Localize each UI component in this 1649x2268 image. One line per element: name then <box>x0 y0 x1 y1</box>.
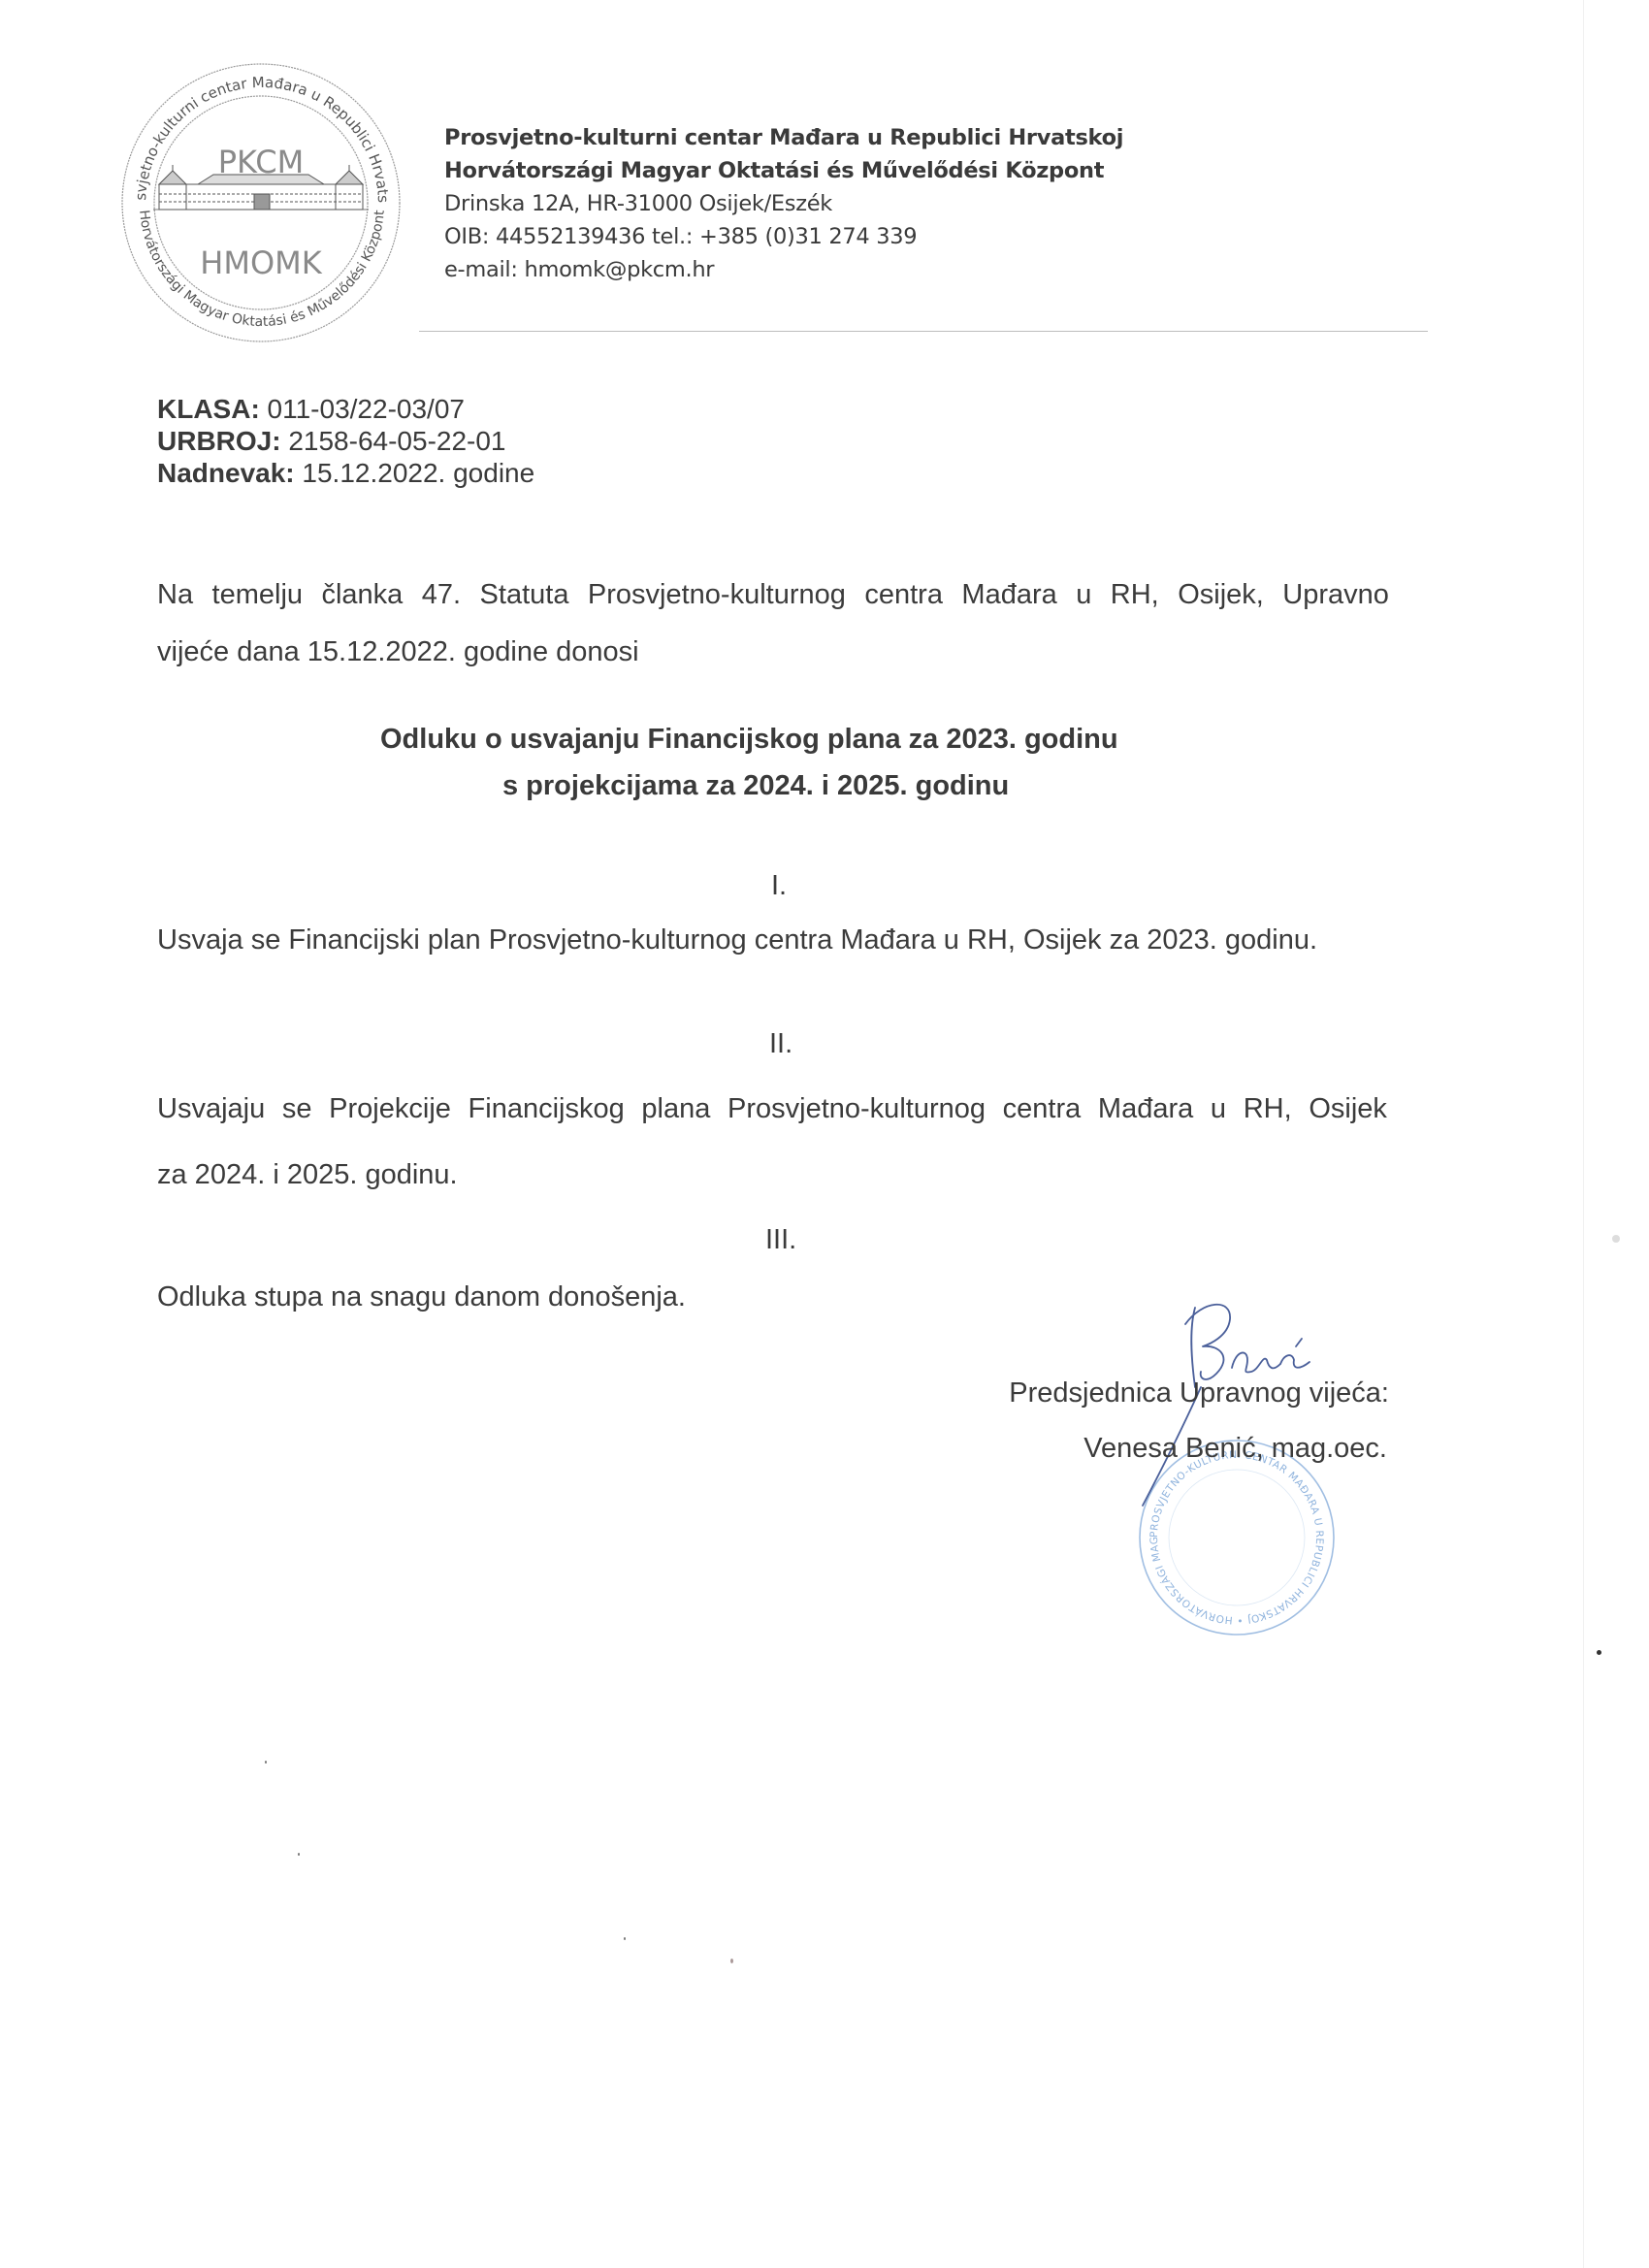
word: Financijskog <box>469 1076 625 1142</box>
section-2-line-2: za 2024. i 2025. godinu. <box>157 1142 1387 1208</box>
word: plana <box>641 1076 710 1142</box>
word: Projekcije <box>329 1076 451 1142</box>
letterhead-divider <box>419 331 1428 332</box>
word: centra <box>864 567 943 624</box>
word: Mađara <box>1098 1076 1193 1142</box>
title-line-2: s projekcijama za 2024. i 2025. godinu <box>502 762 1009 809</box>
scan-edge <box>1583 0 1584 2268</box>
document-page: Prosvjetno-kulturni centar Mađara u Repu… <box>0 0 1649 2268</box>
section-2-text: UsvajajuseProjekcijeFinancijskogplanaPro… <box>157 1076 1387 1208</box>
org-address: Drinska 12A, HR-31000 Osijek/Eszék <box>444 187 1123 220</box>
organization-logo: Prosvjetno-kulturni centar Mađara u Repu… <box>116 58 407 349</box>
ref-label: Nadnevak: <box>157 458 295 488</box>
word: 47. <box>422 567 461 624</box>
org-name-croatian: Prosvjetno-kulturni centar Mađara u Repu… <box>444 121 1123 154</box>
preamble-line-1: Natemeljučlanka47.StatutaProsvjetno-kult… <box>157 567 1389 624</box>
scan-speck <box>730 1959 733 1963</box>
word: Osijek <box>1309 1076 1387 1142</box>
letterhead: Prosvjetno-kulturni centar Mađara u Repu… <box>444 121 1123 286</box>
ref-value: 15.12.2022. godine <box>302 458 534 488</box>
section-1-text: Usvaja se Financijski plan Prosvjetno-ku… <box>157 924 1317 956</box>
logo-bottom-acronym: HMOMK <box>200 244 322 281</box>
word: Prosvjetno-kulturnog <box>588 567 846 624</box>
word: Osijek, <box>1178 567 1264 624</box>
section-number-2: II. <box>769 1028 792 1060</box>
preamble-paragraph: Natemeljučlanka47.StatutaProsvjetno-kult… <box>157 567 1389 681</box>
scan-speck <box>624 1937 626 1940</box>
title-line-1: Odluku o usvajanju Financijskog plana za… <box>380 716 1118 762</box>
word: Usvajaju <box>157 1076 265 1142</box>
org-oib-phone: OIB: 44552139436 tel.: +385 (0)31 274 33… <box>444 220 1123 253</box>
word: Prosvjetno-kulturnog <box>727 1076 986 1142</box>
word: RH, <box>1244 1076 1292 1142</box>
scan-speck <box>265 1761 267 1764</box>
preamble-line-2: vijeće dana 15.12.2022. godine donosi <box>157 624 1389 681</box>
word: Statuta <box>480 567 569 624</box>
section-number-3: III. <box>765 1224 796 1256</box>
word: Mađara <box>961 567 1056 624</box>
ref-value: 011-03/22-03/07 <box>268 394 465 424</box>
ref-value: 2158-64-05-22-01 <box>288 426 505 456</box>
ref-urbroj: URBROJ: 2158-64-05-22-01 <box>157 425 534 457</box>
word: se <box>282 1076 312 1142</box>
word: RH, <box>1111 567 1159 624</box>
org-name-hungarian: Horvátországi Magyar Oktatási és Művelőd… <box>444 154 1123 187</box>
section-number-1: I. <box>771 870 787 902</box>
section-2-line-1: UsvajajuseProjekcijeFinancijskogplanaPro… <box>157 1076 1387 1142</box>
signatory-name: Venesa Benić, mag.oec. <box>1083 1433 1387 1465</box>
reference-block: KLASA: 011-03/22-03/07 URBROJ: 2158-64-0… <box>157 393 534 489</box>
word: temelju <box>212 567 304 624</box>
word: u <box>1211 1076 1226 1142</box>
word: centra <box>1003 1076 1082 1142</box>
word: članka <box>321 567 403 624</box>
handwritten-signature <box>1106 1290 1377 1542</box>
ref-label: KLASA: <box>157 394 260 424</box>
ref-label: URBROJ: <box>157 426 281 456</box>
signatory-title: Predsjednica Upravnog vijeća: <box>1009 1377 1389 1409</box>
ref-date: Nadnevak: 15.12.2022. godine <box>157 457 534 489</box>
word: u <box>1076 567 1091 624</box>
section-3-text: Odluka stupa na snagu danom donošenja. <box>157 1281 686 1313</box>
org-email: e-mail: hmomk@pkcm.hr <box>444 253 1123 286</box>
ref-klasa: KLASA: 011-03/22-03/07 <box>157 393 534 425</box>
scan-speck <box>1612 1235 1620 1243</box>
scan-speck <box>298 1853 300 1856</box>
scan-speck <box>1597 1650 1601 1655</box>
word: Upravno <box>1282 567 1389 624</box>
word: Na <box>157 567 193 624</box>
